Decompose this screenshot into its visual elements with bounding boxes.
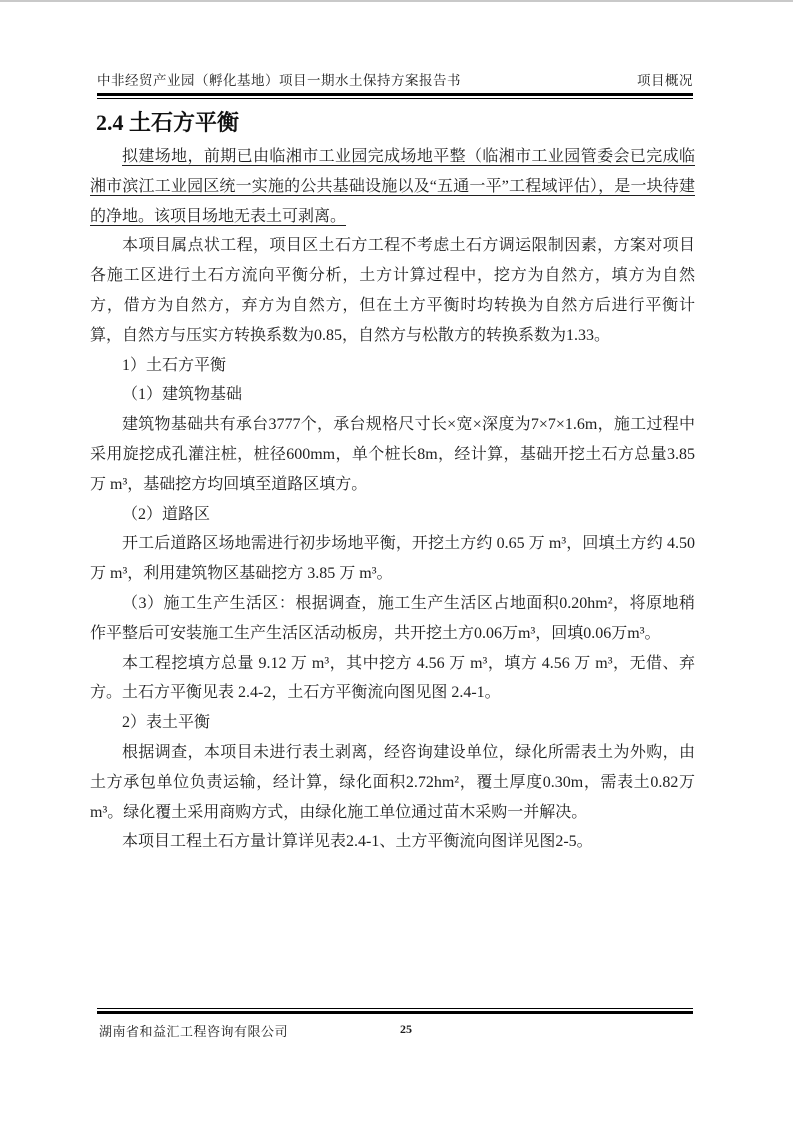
paragraph: 本项目属点状工程，项目区土石方工程不考虑土石方调运限制因素，方案对项目各施工区进… xyxy=(90,231,695,350)
footer-company-name: 湖南省和益汇工程咨询有限公司 xyxy=(99,1021,288,1040)
paragraph: 本工程挖填方总量 9.12 万 m³，其中挖方 4.56 万 m³，填方 4.5… xyxy=(90,649,695,709)
section-heading: 2.4 土石方平衡 xyxy=(96,106,695,140)
document-body: 2.4 土石方平衡 拟建场地，前期已由临湘市工业园完成场地平整（临湘市工业园管委… xyxy=(90,106,695,857)
list-heading: 2）表土平衡 xyxy=(90,708,695,738)
page-footer: 湖南省和益汇工程咨询有限公司 25 xyxy=(97,1008,693,1039)
header-chapter-label: 项目概况 xyxy=(637,72,693,90)
paragraph: 建筑物基础共有承台3777个，承台规格尺寸长×宽×深度为7×7×1.6m，施工过… xyxy=(90,410,695,499)
paragraph: 拟建场地，前期已由临湘市工业园完成场地平整（临湘市工业园管委会已完成临湘市滨江工… xyxy=(90,142,695,231)
header-rule xyxy=(97,93,693,99)
paragraph: 开工后道路区场地需进行初步场地平衡，开挖土方约 0.65 万 m³，回填土方约 … xyxy=(90,529,695,589)
header-report-title: 中非经贸产业园（孵化基地）项目一期水土保持方案报告书 xyxy=(97,72,461,90)
list-heading: （1）建筑物基础 xyxy=(90,380,695,410)
page-top-edge-line xyxy=(0,0,793,2)
footer-rule xyxy=(97,1008,693,1014)
list-heading: 1）土石方平衡 xyxy=(90,351,695,381)
paragraph: 本项目工程土石方量计算详见表2.4-1、土方平衡流向图详见图2-5。 xyxy=(90,827,695,857)
page-header: 中非经贸产业园（孵化基地）项目一期水土保持方案报告书 项目概况 xyxy=(97,72,693,99)
paragraph: 根据调查，本项目未进行表土剥离，经咨询建设单位，绿化所需表土为外购，由土方承包单… xyxy=(90,738,695,827)
footer-page-number: 25 xyxy=(400,1022,412,1037)
document-page: 中非经贸产业园（孵化基地）项目一期水土保持方案报告书 项目概况 2.4 土石方平… xyxy=(0,0,793,1122)
paragraph: （3）施工生产生活区：根据调查，施工生产生活区占地面积0.20hm²，将原地稍作… xyxy=(90,589,695,649)
list-heading: （2）道路区 xyxy=(90,500,695,530)
